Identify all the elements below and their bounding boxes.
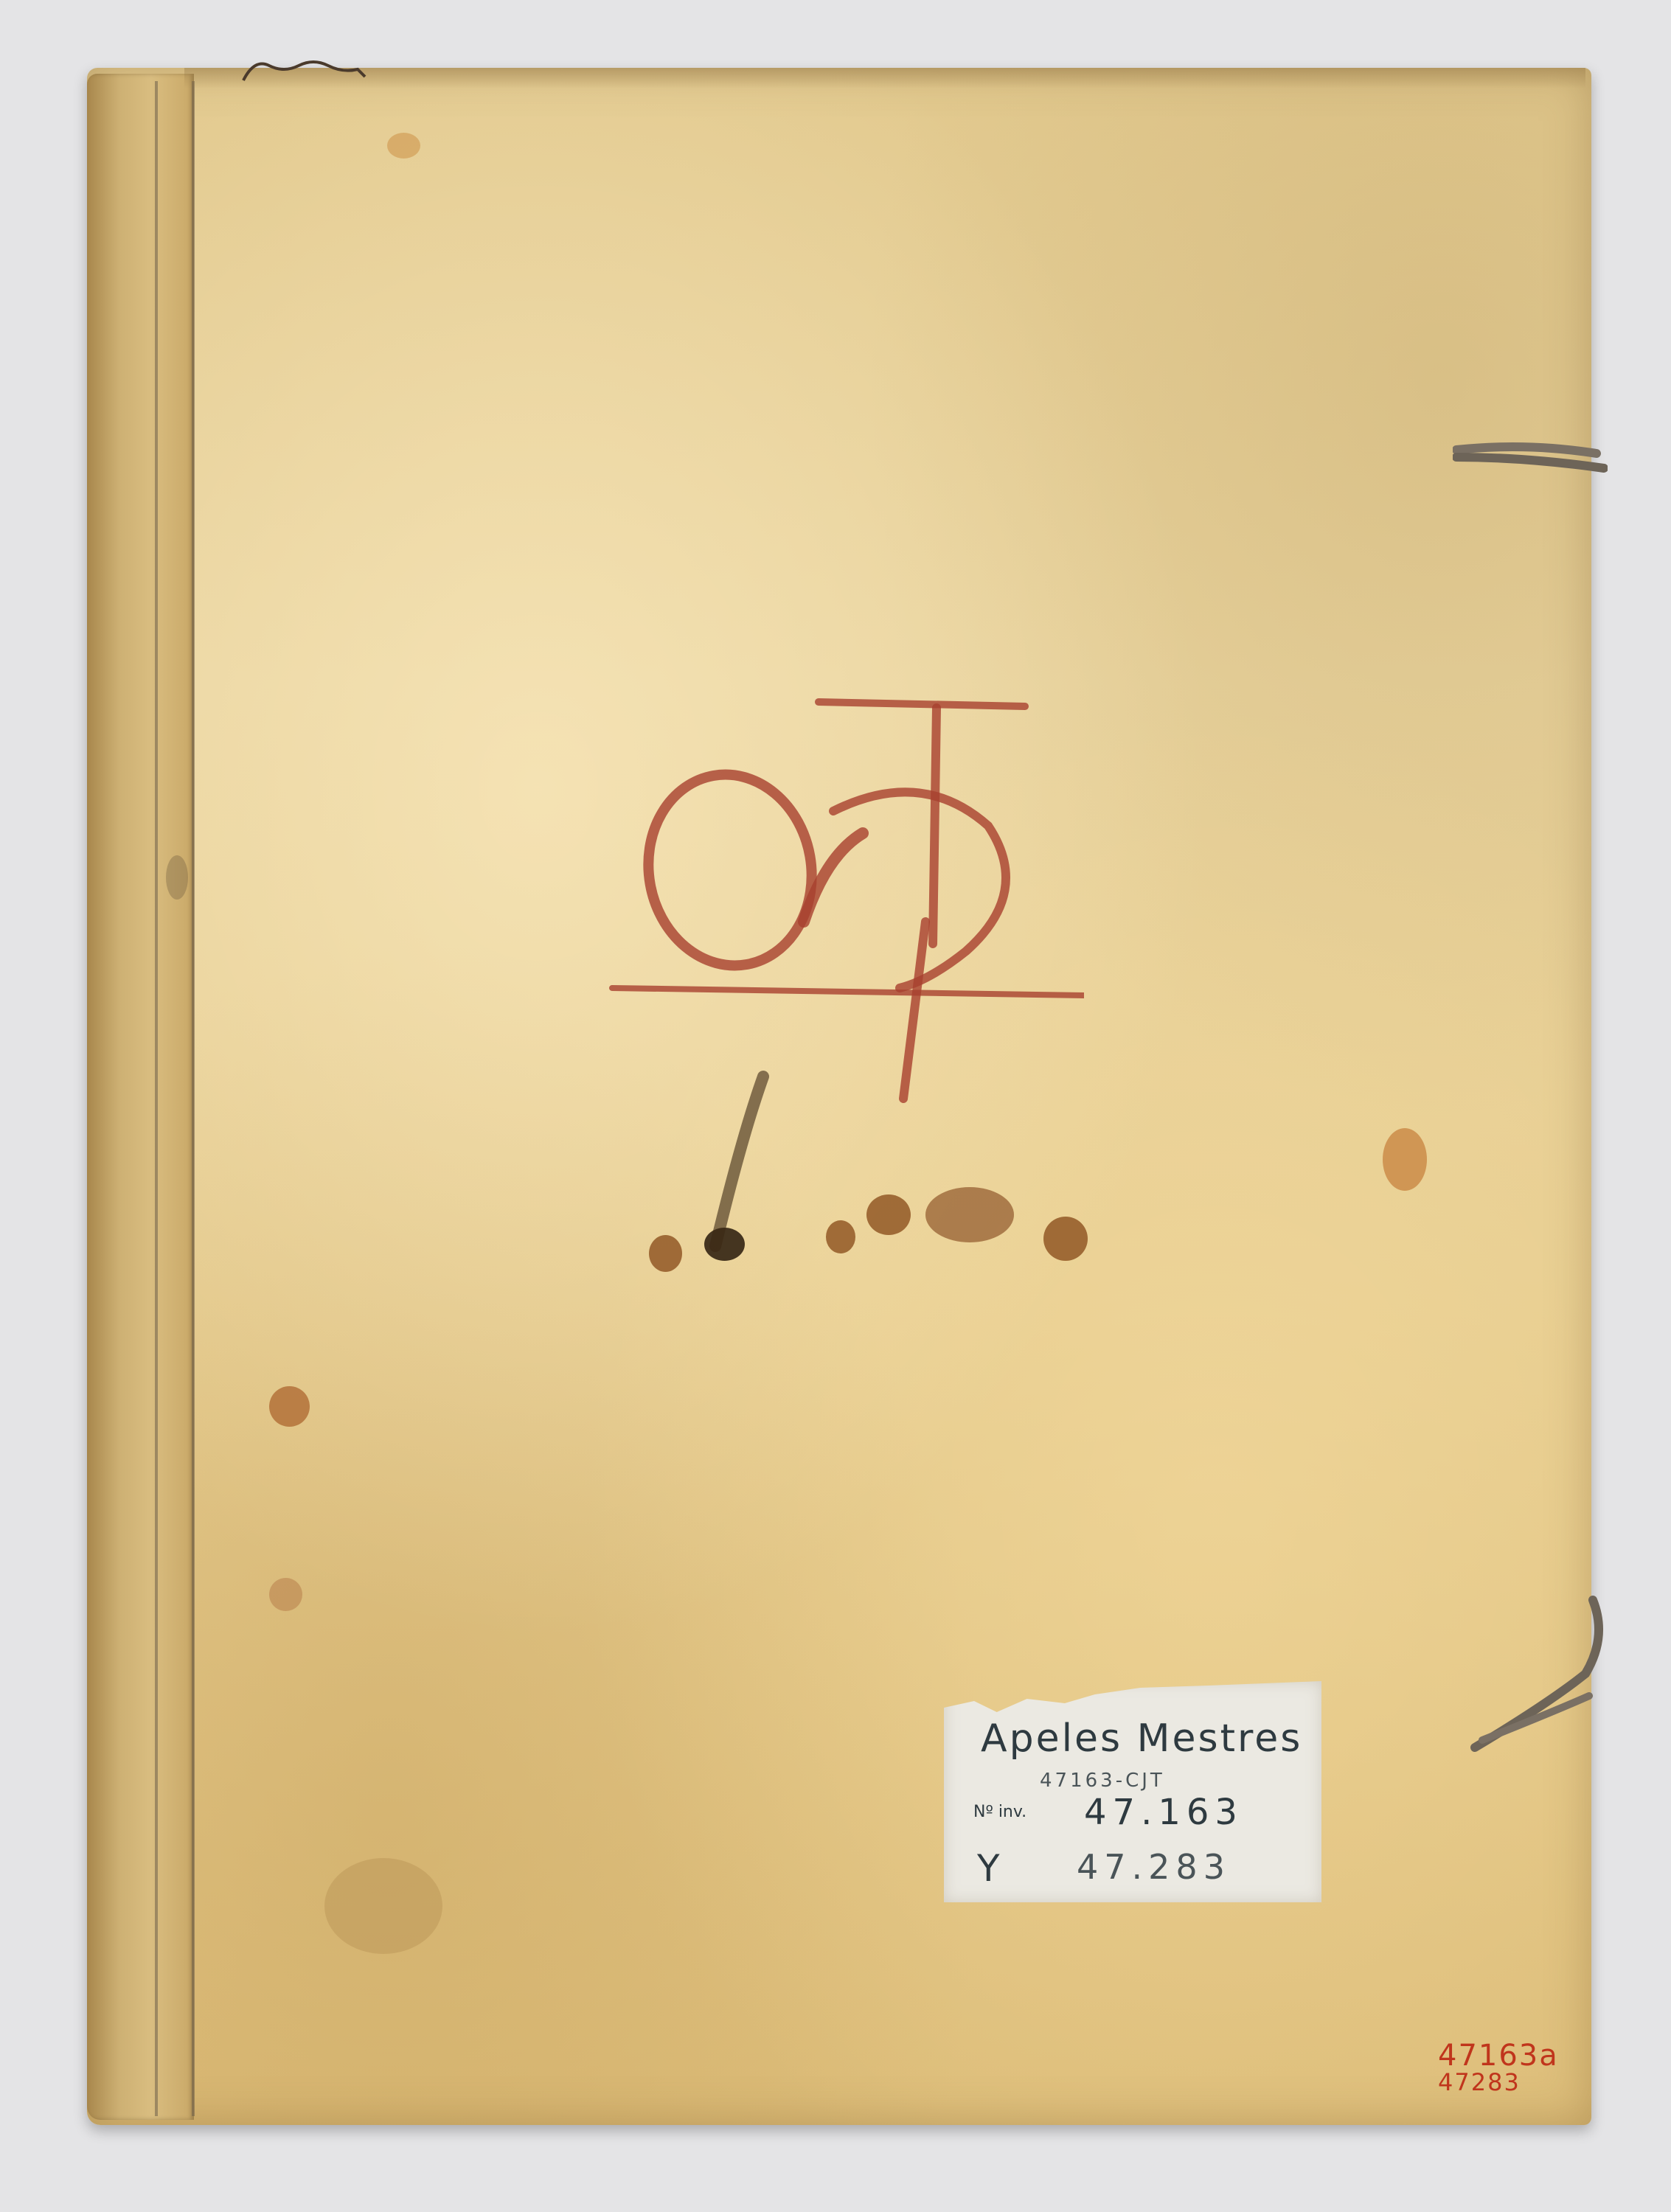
- monogram-icon: [605, 678, 1084, 1180]
- label-name: Apeles Mestres: [981, 1717, 1302, 1761]
- stain: [1383, 1128, 1427, 1191]
- stain: [826, 1220, 855, 1253]
- label-inventory-number-2: 47.283: [1077, 1847, 1231, 1887]
- label-inventory-number: 47.163: [1084, 1792, 1243, 1833]
- label-inventory-caption: Nº inv.: [973, 1803, 1026, 1821]
- stain: [649, 1235, 682, 1272]
- label-conjunction: Y: [977, 1847, 1000, 1890]
- spine-fold-line: [192, 81, 195, 2116]
- stain: [324, 1858, 442, 1954]
- label-reference: 47163-CJT: [1040, 1770, 1165, 1792]
- corner-number-1: 47163a: [1438, 2042, 1559, 2069]
- stain: [1043, 1217, 1088, 1261]
- stain: [269, 1578, 302, 1611]
- cover-top-edge: [184, 68, 1585, 88]
- spine-fold-line: [155, 81, 158, 2116]
- tie-string-icon: [1460, 1593, 1608, 1762]
- stain: [925, 1187, 1014, 1242]
- tie-string-icon: [1453, 435, 1608, 494]
- corner-inventory-numbers: 47163a 47283: [1438, 2042, 1559, 2096]
- stain: [866, 1194, 911, 1235]
- book-spine: [87, 74, 194, 2120]
- inventory-label: Apeles Mestres 47163-CJT Nº inv. 47.163 …: [944, 1681, 1321, 1902]
- corner-number-2: 47283: [1438, 2069, 1559, 2096]
- stain: [387, 133, 420, 159]
- stain: [269, 1386, 310, 1427]
- wire-staple-icon: [240, 55, 372, 84]
- stain: [166, 855, 188, 900]
